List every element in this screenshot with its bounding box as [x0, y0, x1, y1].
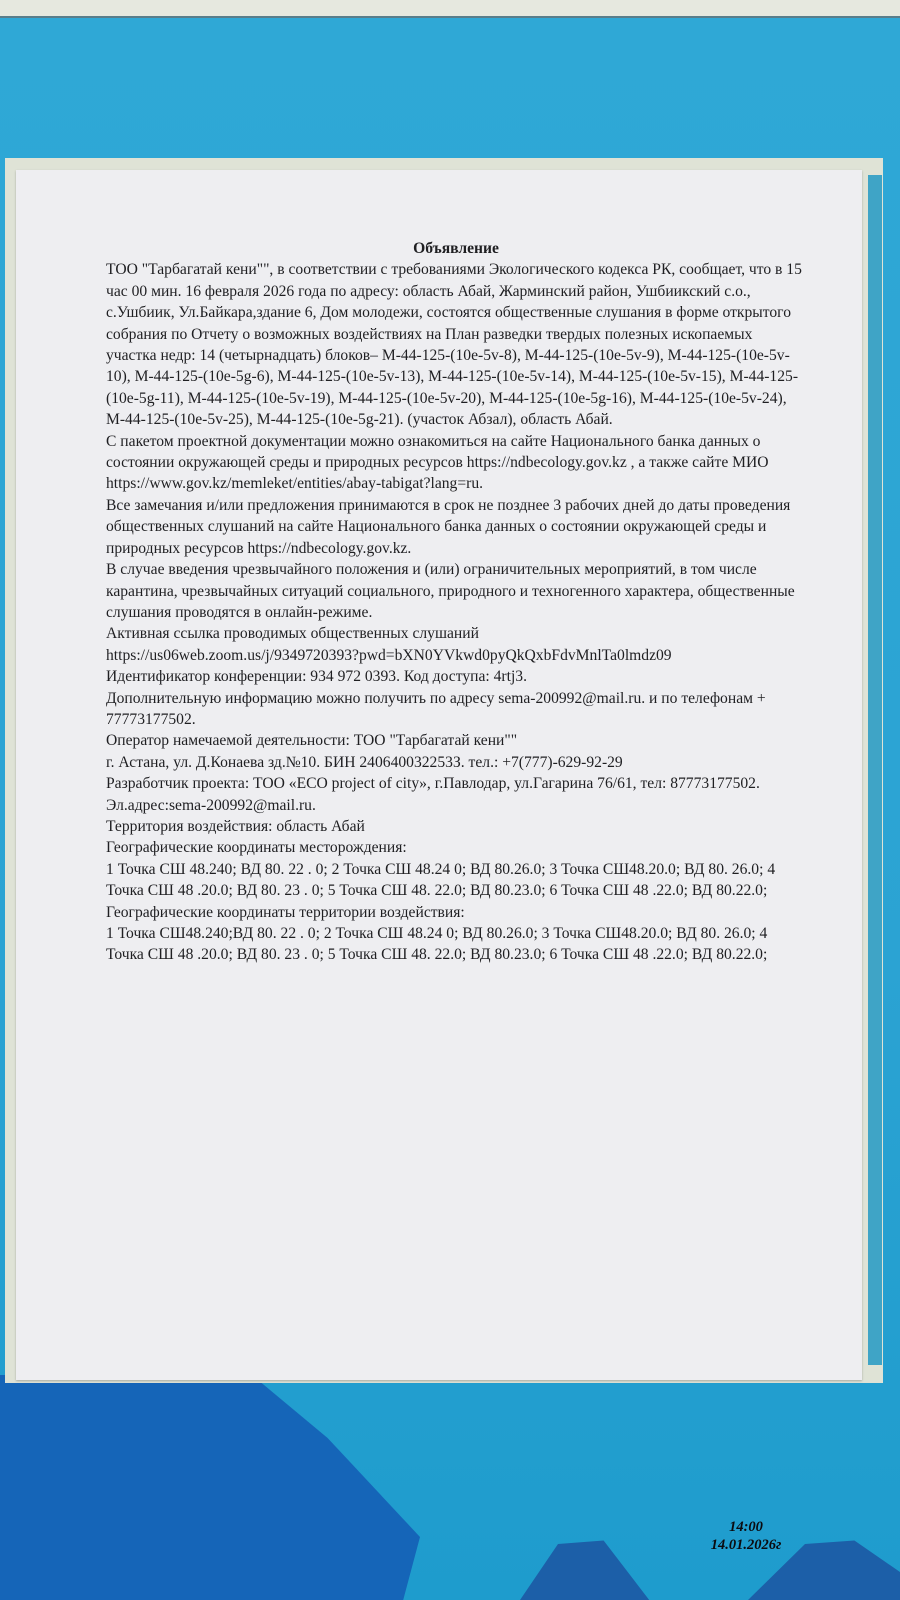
conference-id: Идентификатор конференции: 934 972 0393.… — [106, 666, 806, 687]
contact-info: Дополнительную информацию можно получить… — [106, 688, 806, 731]
timestamp-date: 14.01.2026г — [696, 1536, 796, 1554]
announcement-text: Объявление ТОО "Тарбагатай кени"", в соо… — [106, 238, 806, 966]
announcement-title: Объявление — [106, 238, 806, 259]
zoom-link: https://us06web.zoom.us/j/9349720393?pwd… — [106, 645, 806, 666]
frame-gap — [868, 175, 882, 1365]
impact-coordinates-heading: Географические координаты территории воз… — [106, 902, 806, 923]
operator-address: г. Астана, ул. Д.Конаева зд.№10. БИН 240… — [106, 752, 806, 773]
paragraph-documentation: С пакетом проектной документации можно о… — [106, 431, 806, 495]
ceiling-strip — [0, 0, 900, 18]
deposit-coordinates: 1 Точка СШ 48.240; ВД 80. 22 . 0; 2 Точк… — [106, 859, 806, 902]
timestamp-overlay: 14:00 14.01.2026г — [696, 1518, 796, 1554]
timestamp-time: 14:00 — [696, 1518, 796, 1536]
operator: Оператор намечаемой деятельности: ТОО "Т… — [106, 730, 806, 751]
deposit-coordinates-heading: Географические координаты месторождения: — [106, 837, 806, 858]
paragraph-comments: Все замечания и/или предложения принимаю… — [106, 495, 806, 559]
impact-coordinates: 1 Точка СШ48.240;ВД 80. 22 . 0; 2 Точка … — [106, 923, 806, 966]
developer: Разработчик проекта: ТОО «ECO project of… — [106, 773, 806, 816]
paragraph-emergency: В случае введения чрезвычайного положени… — [106, 559, 806, 623]
paragraph-link-label: Активная ссылка проводимых общественных … — [106, 623, 806, 644]
impact-territory: Территория воздействия: область Абай — [106, 816, 806, 837]
paragraph-intro: ТОО "Тарбагатай кени"", в соответствии с… — [106, 259, 806, 430]
